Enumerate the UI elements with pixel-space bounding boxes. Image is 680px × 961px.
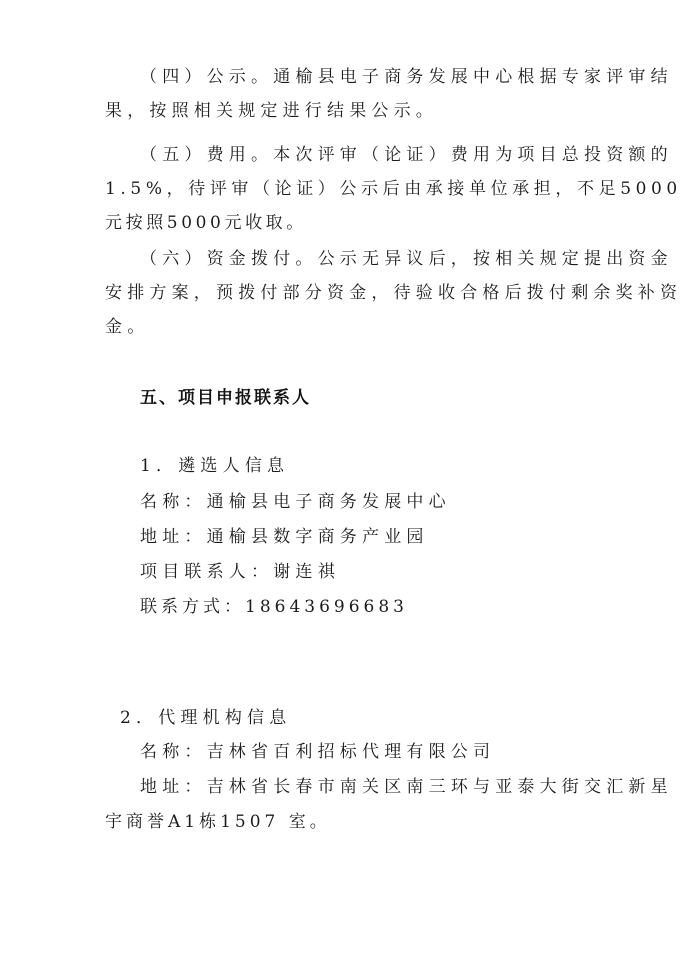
agency-address-line-1: 地址：吉林省长春市南关区南三环与亚泰大街交汇新星 [140, 776, 673, 798]
paragraph-5-line-2: 1.5%，待评审（论证）公示后由承接单位承担，不足5000 [105, 178, 680, 200]
paragraph-4-line-1: （四）公示。通榆县电子商务发展中心根据专家评审结 [140, 66, 673, 88]
document-page: （四）公示。通榆县电子商务发展中心根据专家评审结 果，按照相关规定进行结果公示。… [0, 0, 680, 961]
selector-info-title: 1．遴选人信息 [140, 455, 289, 477]
paragraph-4-line-2: 果，按照相关规定进行结果公示。 [105, 100, 438, 122]
selector-name: 名称：通榆县电子商务发展中心 [140, 491, 451, 513]
paragraph-6-line-1: （六）资金拨付。公示无异议后，按相关规定提出资金 [140, 248, 673, 270]
section-heading: 五、项目申报联系人 [140, 387, 311, 409]
paragraph-6-line-3: 金。 [105, 316, 149, 338]
selector-contact-person: 项目联系人：谢连祺 [140, 561, 340, 583]
paragraph-5-line-3: 元按照5000元收取。 [105, 212, 307, 234]
agency-info-title: 2．代理机构信息 [120, 707, 291, 729]
paragraph-6-line-2: 安排方案，预拨付部分资金，待验收合格后拨付剩余奖补资 [105, 282, 680, 304]
paragraph-5-line-1: （五）费用。本次评审（论证）费用为项目总投资额的 [140, 144, 673, 166]
selector-address: 地址：通榆县数字商务产业园 [140, 526, 429, 548]
agency-address-line-2: 宇商誉A1栋1507 室。 [105, 811, 331, 833]
agency-name: 名称：吉林省百利招标代理有限公司 [140, 741, 495, 763]
selector-contact-method: 联系方式：18643696683 [140, 596, 408, 618]
